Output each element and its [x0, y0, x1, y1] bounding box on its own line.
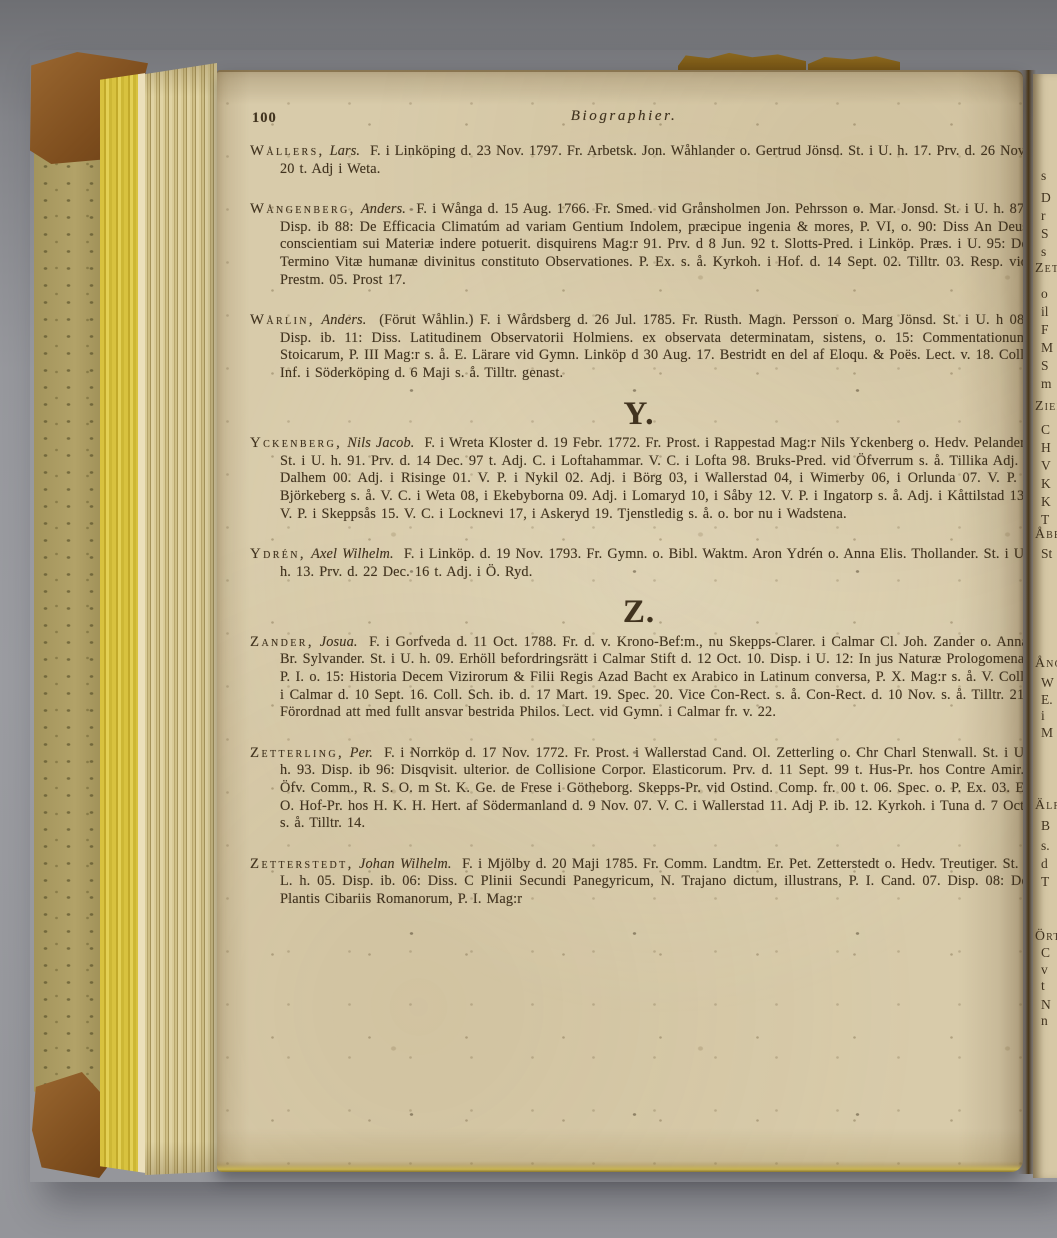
next-page-entry-fragment: Ånge [1035, 655, 1057, 671]
next-page-text-fragment: T [1041, 874, 1049, 890]
text-block: 100 Biographier. Wållers, Lars. F. i Lin… [250, 108, 1023, 932]
entry-given-name: Josua. [314, 634, 369, 650]
next-page-entry-fragment: Åber [1035, 526, 1057, 542]
biography-entry: Wållers, Lars. F. i Linköping d. 23 Nov.… [250, 143, 1023, 178]
entry-given-name: Anders. [356, 201, 417, 217]
entry-body-text: F. i Gorfveda d. 11 Oct. 1788. Fr. d. v.… [280, 634, 1023, 720]
section-heading-y: Y. [250, 406, 1023, 424]
page-fore-edge [100, 72, 145, 1174]
next-page-text-fragment: v [1041, 962, 1048, 978]
next-page-text-fragment: C [1041, 422, 1050, 438]
biography-entry: Zander, Josua. F. i Gorfveda d. 11 Oct. … [250, 634, 1023, 722]
next-page-text-fragment: M [1041, 725, 1053, 741]
entry-given-name: Johan Wilhelm. [354, 856, 462, 872]
next-page-text-fragment: K [1041, 494, 1051, 510]
running-head: 100 Biographier. [250, 108, 1023, 130]
next-page-text-fragment: C [1041, 945, 1050, 961]
next-page-text-fragment: o [1041, 286, 1048, 302]
entry-body-text: F. i Norrköp d. 17 Nov. 1772. Fr. Prost.… [280, 745, 1023, 831]
entry-given-name: Lars. [325, 143, 370, 159]
entry-given-name: Axel Wilhelm. [306, 546, 404, 562]
next-page-text-fragment: S [1041, 358, 1049, 374]
entry-surname: Zander, [250, 634, 314, 650]
book-page: 100 Biographier. Wållers, Lars. F. i Lin… [217, 70, 1023, 1172]
biography-entry: Zetterling, Per. F. i Norrköp d. 17 Nov.… [250, 745, 1023, 833]
entry-body-text: F. i Linköping d. 23 Nov. 1797. Fr. Arbe… [280, 143, 1023, 177]
next-page-text-fragment: s. [1041, 838, 1050, 854]
next-page-text-fragment: D [1041, 190, 1051, 206]
next-page-text-fragment: B [1041, 818, 1050, 834]
next-page-text-fragment: r [1041, 208, 1046, 224]
entry-given-name: Nils Jacob. [342, 435, 424, 451]
biography-entry: Yckenberg, Nils Jacob. F. i Wreta Kloste… [250, 435, 1023, 523]
next-page-text-fragment: n [1041, 1013, 1048, 1029]
next-page-text-fragment: i [1041, 708, 1045, 724]
next-page-text-fragment: F [1041, 322, 1049, 338]
next-page-text-fragment: V [1041, 458, 1051, 474]
next-page-entry-fragment: Örte [1035, 928, 1057, 944]
next-page-text-fragment: m [1041, 376, 1052, 392]
next-page-entry-fragment: Zett [1035, 260, 1057, 276]
biography-entry: Ydrén, Axel Wilhelm. F. i Linköp. d. 19 … [250, 546, 1023, 581]
book-cover-edge [34, 90, 108, 1112]
entry-surname: Yckenberg, [250, 435, 342, 451]
next-page-text-fragment: s [1041, 244, 1046, 260]
next-page-text-fragment: t [1041, 978, 1045, 994]
entry-surname: Ydrén, [250, 546, 306, 562]
entry-surname: Wållers, [250, 143, 325, 159]
section-heading-z: Z. [250, 604, 1023, 622]
next-page-text-fragment: d [1041, 856, 1048, 872]
running-title: Biographier. [250, 108, 998, 126]
entry-body-text: (Förut Wåhlin.) F. i Wårdsberg d. 26 Jul… [280, 312, 1023, 381]
next-page-text-fragment: St [1041, 546, 1052, 562]
entry-surname: Zetterstedt, [250, 856, 354, 872]
biography-entry: Wångenberg, Anders. F. i Wånga d. 15 Aug… [250, 201, 1023, 289]
next-page-text-fragment: K [1041, 476, 1051, 492]
page-stack-edges [145, 63, 217, 1175]
next-page-text-fragment: E. [1041, 692, 1053, 708]
next-page-edge: sDrSsZettoilFMSmZielCHVKKTÅberStÅngeWE.i… [1033, 74, 1057, 1178]
biography-entry: Zetterstedt, Johan Wilhelm. F. i Mjölby … [250, 856, 1023, 909]
next-page-entry-fragment: Älf, [1035, 797, 1057, 813]
next-page-entry-fragment: Ziel [1035, 398, 1057, 414]
next-page-text-fragment: M [1041, 340, 1053, 356]
entry-surname: Wångenberg, [250, 201, 356, 217]
next-page-text-fragment: s [1041, 168, 1046, 184]
entry-surname: Wårlin, [250, 312, 315, 328]
next-page-text-fragment: S [1041, 226, 1049, 242]
next-page-text-fragment: il [1041, 304, 1049, 320]
photo-background: 100 Biographier. Wållers, Lars. F. i Lin… [0, 0, 1057, 1238]
biography-entry: Wårlin, Anders. (Förut Wåhlin.) F. i Wår… [250, 312, 1023, 382]
entry-given-name: Anders. [315, 312, 379, 328]
entry-given-name: Per. [344, 745, 384, 761]
next-page-text-fragment: W [1041, 675, 1054, 691]
entries-list: Wållers, Lars. F. i Linköping d. 23 Nov.… [250, 143, 1023, 909]
open-book: 100 Biographier. Wållers, Lars. F. i Lin… [30, 50, 1057, 1182]
next-page-text-fragment: N [1041, 997, 1051, 1013]
entry-surname: Zetterling, [250, 745, 344, 761]
next-page-text-fragment: H [1041, 440, 1051, 456]
